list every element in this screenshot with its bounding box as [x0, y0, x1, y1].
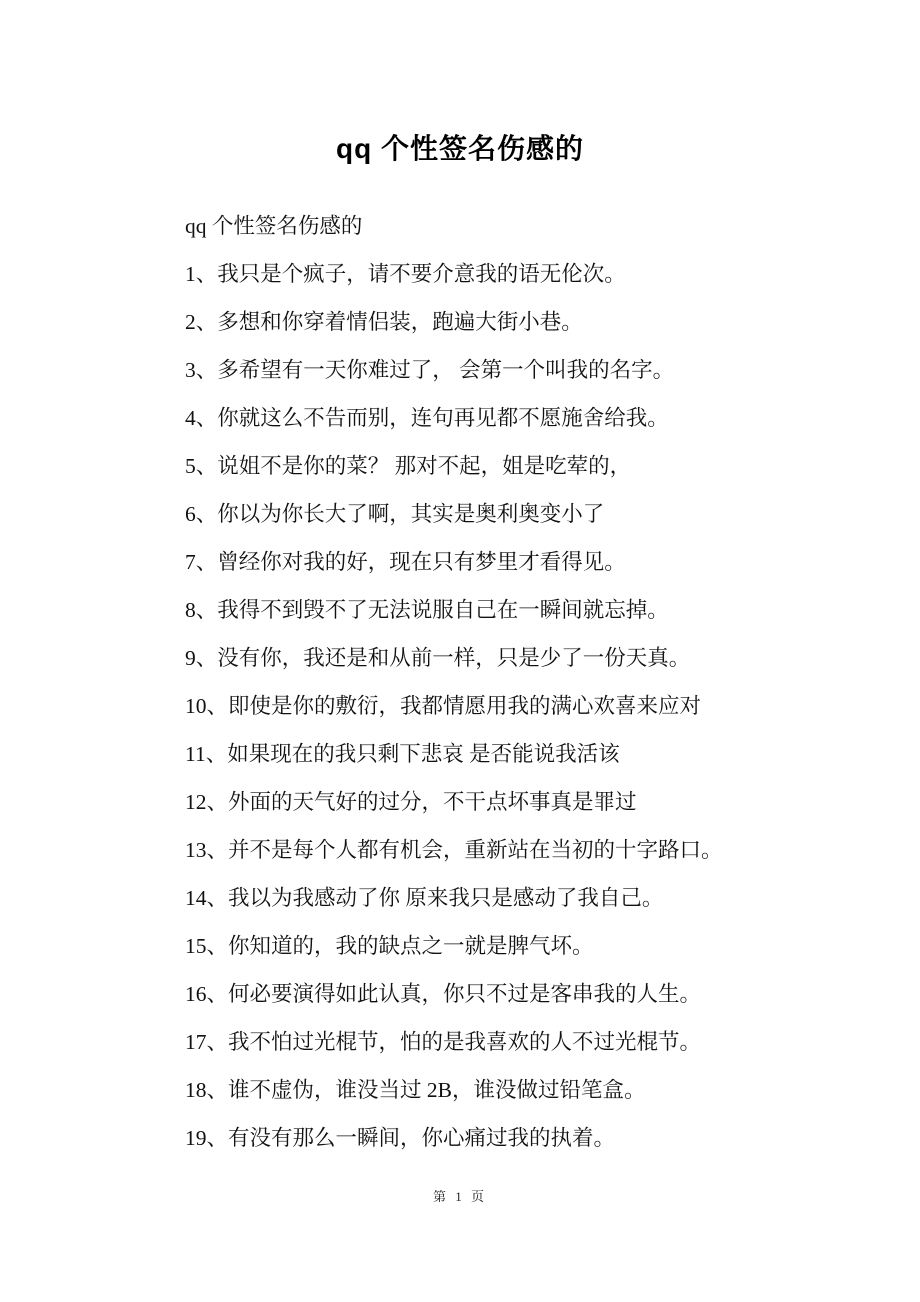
list-item: 14、我以为我感动了你 原来我只是感动了我自己。 [185, 874, 790, 922]
list-item: 11、如果现在的我只剩下悲哀 是否能说我活该 [185, 730, 790, 778]
page-footer: 第 1 页 [0, 1186, 920, 1205]
list-item: 18、谁不虚伪，谁没当过 2B，谁没做过铅笔盒。 [185, 1066, 790, 1114]
list-item: 10、即使是你的敷衍，我都情愿用我的满心欢喜来应对 [185, 682, 790, 730]
list-item: 5、说姐不是你的菜？ 那对不起，姐是吃荤的， [185, 442, 790, 490]
document-title: qq 个性签名伤感的 [0, 133, 920, 165]
list-item: 16、何必要演得如此认真，你只不过是客串我的人生。 [185, 970, 790, 1018]
list-item: 1、我只是个疯子，请不要介意我的语无伦次。 [185, 250, 790, 298]
list-item: 17、我不怕过光棍节，怕的是我喜欢的人不过光棍节。 [185, 1018, 790, 1066]
list-item: 15、你知道的，我的缺点之一就是脾气坏。 [185, 922, 790, 970]
list-item: 6、你以为你长大了啊，其实是奥利奥变小了 [185, 490, 790, 538]
page-number-label: 第 1 页 [433, 1189, 487, 1204]
list-item: 9、没有你，我还是和从前一样，只是少了一份天真。 [185, 634, 790, 682]
list-item: 8、我得不到毁不了无法说服自己在一瞬间就忘掉。 [185, 586, 790, 634]
list-item: 3、多希望有一天你难过了， 会第一个叫我的名字。 [185, 346, 790, 394]
signature-list: 1、我只是个疯子，请不要介意我的语无伦次。2、多想和你穿着情侣装，跑遍大街小巷。… [185, 250, 790, 1162]
list-item: 4、你就这么不告而别，连句再见都不愿施舍给我。 [185, 394, 790, 442]
list-item: 2、多想和你穿着情侣装，跑遍大街小巷。 [185, 298, 790, 346]
list-item: 19、有没有那么一瞬间，你心痛过我的执着。 [185, 1114, 790, 1162]
list-item: 13、并不是每个人都有机会，重新站在当初的十字路口。 [185, 826, 790, 874]
document-body: qq 个性签名伤感的 1、我只是个疯子，请不要介意我的语无伦次。2、多想和你穿着… [185, 202, 790, 1162]
document-page: qq 个性签名伤感的 qq 个性签名伤感的 1、我只是个疯子，请不要介意我的语无… [0, 0, 920, 1302]
list-item: 12、外面的天气好的过分，不干点坏事真是罪过 [185, 778, 790, 826]
list-item: 7、曾经你对我的好，现在只有梦里才看得见。 [185, 538, 790, 586]
document-subtitle: qq 个性签名伤感的 [185, 202, 790, 250]
